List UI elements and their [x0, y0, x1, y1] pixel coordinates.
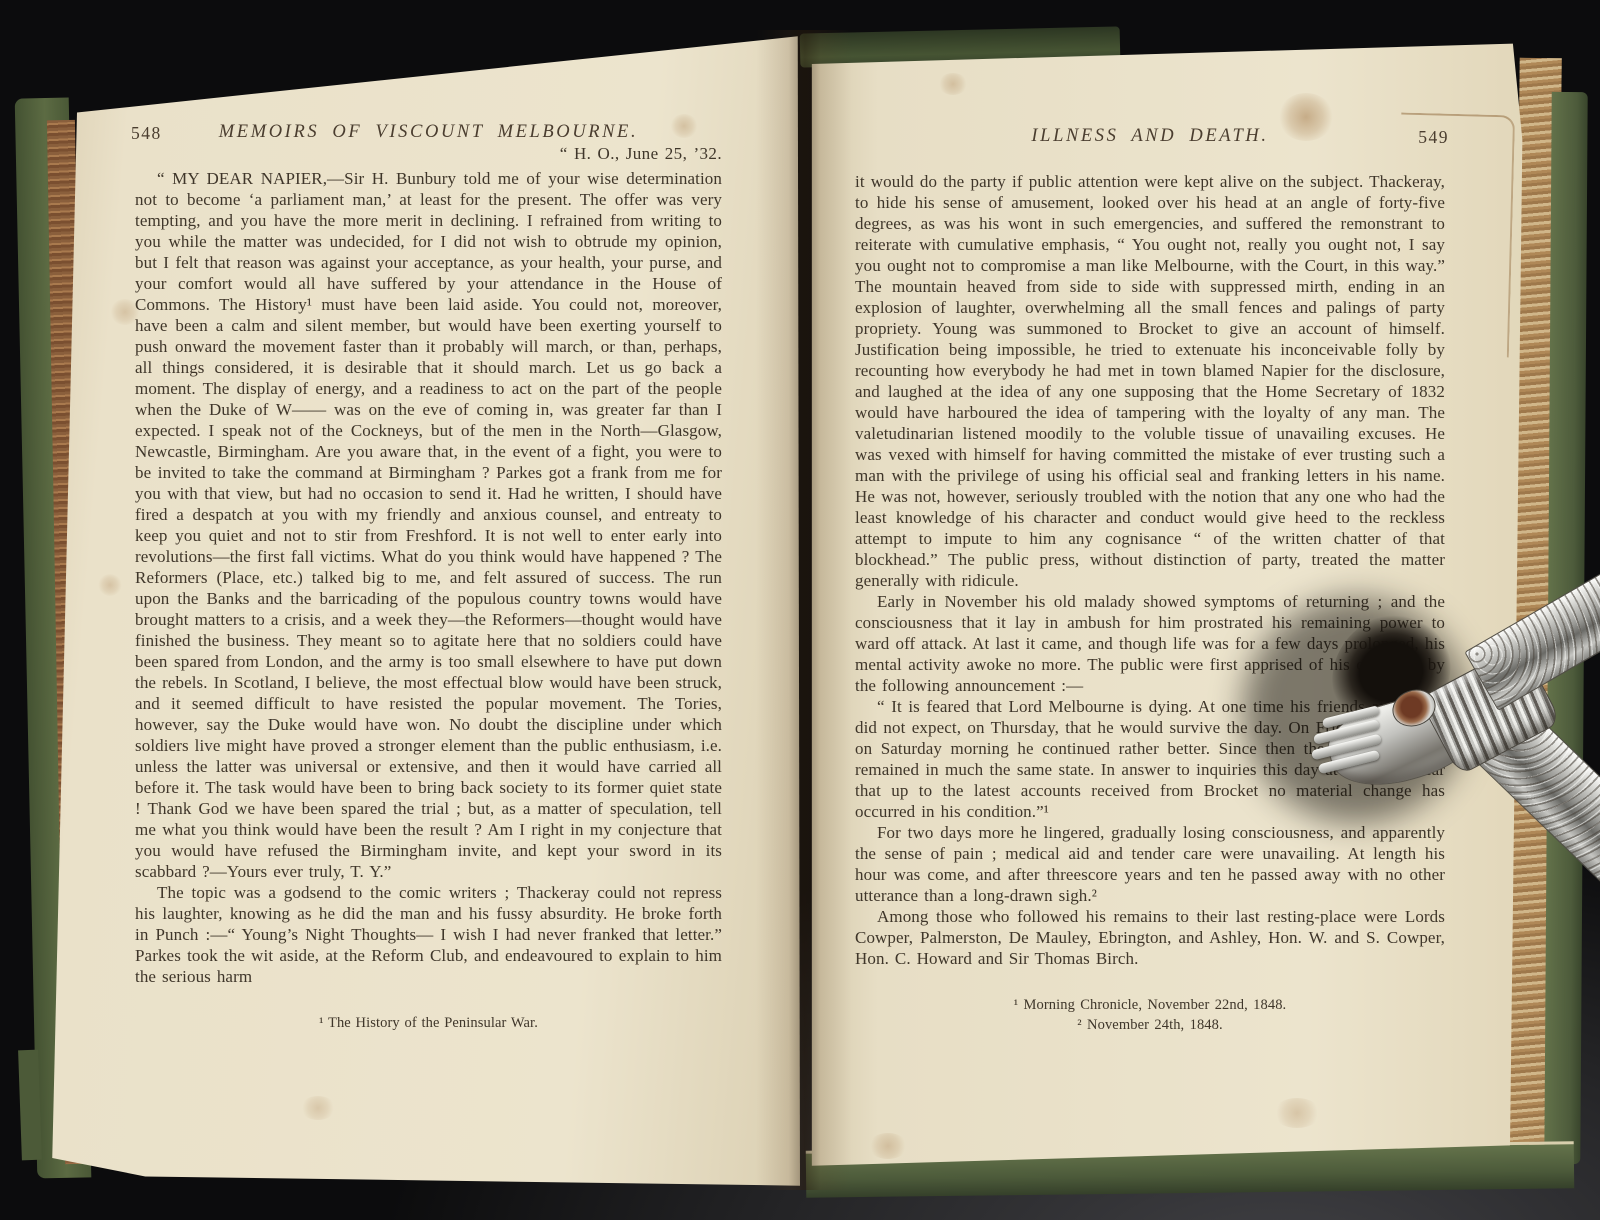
letter-dateline: “ H. O., June 25, ’32. [135, 143, 722, 164]
running-header: 548 MEMOIRS OF VISCOUNT MELBOURNE. [135, 122, 722, 143]
foxing-spot [670, 114, 698, 138]
running-header-title: ILLNESS AND DEATH. [1031, 126, 1268, 146]
footnote: ¹ The History of the Peninsular War. [135, 1014, 722, 1033]
footnote: ¹ Morning Chronicle, November 22nd, 1848… [855, 995, 1445, 1015]
paragraph: “ It is feared that Lord Melbourne is dy… [855, 696, 1445, 822]
running-header: ILLNESS AND DEATH. 549 [855, 126, 1445, 147]
paragraph: Early in November his old malady showed … [855, 591, 1445, 696]
foxing-spot [1273, 1098, 1321, 1128]
foxing-spot [868, 1133, 908, 1159]
foxing-spot [110, 299, 140, 325]
page-number: 548 [131, 123, 162, 144]
right-page-text: ILLNESS AND DEATH. 549 it would do the p… [855, 126, 1445, 1130]
book-photograph: 548 MEMOIRS OF VISCOUNT MELBOURNE. “ H. … [0, 0, 1600, 1220]
paragraph: Among those who followed his remains to … [855, 906, 1445, 969]
foxing-spot [300, 1096, 336, 1120]
footnotes: ¹ Morning Chronicle, November 22nd, 1848… [855, 995, 1445, 1035]
paragraph: it would do the party if public attentio… [855, 171, 1445, 591]
paragraph: The topic was a godsend to the comic wri… [135, 882, 722, 987]
running-header-title: MEMOIRS OF VISCOUNT MELBOURNE. [219, 122, 638, 142]
foxing-spot [1278, 93, 1334, 141]
left-page-text: 548 MEMOIRS OF VISCOUNT MELBOURNE. “ H. … [135, 122, 722, 1132]
book-cover-edge-right [1544, 92, 1587, 1164]
foxing-spot [938, 73, 968, 95]
left-page: 548 MEMOIRS OF VISCOUNT MELBOURNE. “ H. … [50, 34, 800, 1188]
footnote: ² November 24th, 1848. [855, 1015, 1445, 1035]
page-corner-edge-line [1395, 113, 1515, 358]
foxing-spot [98, 574, 122, 596]
book-cover-corner-bottom-left [18, 1050, 42, 1161]
paragraph: For two days more he lingered, gradually… [855, 822, 1445, 906]
right-page: ILLNESS AND DEATH. 549 it would do the p… [798, 38, 1526, 1168]
paragraph: “ MY DEAR NAPIER,—Sir H. Bunbury told me… [135, 168, 722, 882]
